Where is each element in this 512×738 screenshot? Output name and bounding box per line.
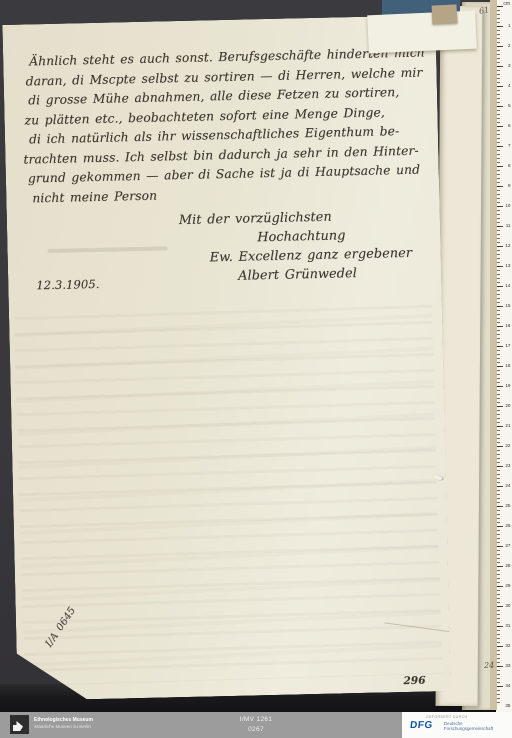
ruler-number: 3	[508, 63, 511, 68]
ruler-number: 22	[505, 443, 510, 448]
stacked-sheet-edge-strip	[490, 0, 497, 710]
ruler-number: 2	[508, 43, 511, 48]
ruler-number: 32	[505, 643, 510, 648]
ruler-number: 5	[508, 103, 511, 108]
letter-closing-line: Mit der vorzüglichsten	[179, 210, 332, 228]
funding-logo-panel: GEFÖRDERT DURCH DFG Deutsche Forschungsg…	[402, 712, 512, 738]
letter-line: trachten muss. Ich selbst bin dadurch ja…	[23, 143, 419, 166]
ink-bleedthrough	[13, 292, 442, 686]
letter-date: 12.3.1905.	[36, 277, 99, 292]
ruler-number: 35	[505, 703, 510, 708]
ruler-number: 27	[505, 543, 510, 548]
letter-line: di ich natürlich als ihr wissenschaftlic…	[29, 124, 400, 146]
overlapping-sheet-corner	[367, 11, 477, 54]
pencil-note-bottom: 24	[484, 661, 494, 670]
dfg-name: Deutsche Forschungsgemeinschaft	[444, 721, 493, 731]
ruler-number: 26	[505, 523, 510, 528]
ruler-number: 10	[505, 203, 510, 208]
ruler-number: 11	[506, 223, 511, 228]
letter-closing-line: Ew. Excellenz ganz ergebener	[210, 246, 413, 266]
ruler-number: 20	[505, 403, 510, 408]
ruler-number: 25	[505, 503, 510, 508]
ruler-number: 17	[505, 343, 510, 348]
letter-page: Ähnlich steht es auch sonst. Berufsgesch…	[2, 15, 450, 701]
letter-line: di grosse Mühe abnahmen, alle diese Fetz…	[28, 85, 399, 107]
ruler-number: 13	[505, 263, 510, 268]
letter-line: zu plätten etc., beobachteten sofort ein…	[24, 105, 385, 127]
ruler-number: 7	[508, 143, 511, 148]
ruler-number: 16	[505, 323, 510, 328]
letter-line: grund gekommen — aber di Sache ist ja di…	[28, 163, 420, 186]
ruler-number: 4	[508, 83, 511, 88]
dfg-logo: DFG	[409, 720, 433, 731]
ruler-number: 34	[505, 683, 510, 688]
ruler-number: 14	[505, 283, 510, 288]
ruler-number: 24	[505, 483, 510, 488]
ruler-number: 28	[505, 563, 510, 568]
ruler-number: 8	[508, 163, 511, 168]
ruler-number: 23	[505, 463, 510, 468]
ruler-number: 18	[505, 363, 510, 368]
digitization-footer-bar: Ethnologisches Museum Staatliche Museen …	[0, 712, 512, 738]
page-number: 296	[403, 675, 425, 688]
ruler-number: 33	[505, 663, 510, 668]
letter-line: Ähnlich steht es auch sonst. Berufsgesch…	[29, 45, 425, 68]
ruler-number: 9	[508, 183, 511, 188]
cm-ruler: cm 1234567891011121314151617181920212223…	[496, 0, 512, 712]
ruler-cm-ticks	[496, 6, 503, 706]
ruler-unit-label: cm	[503, 1, 510, 7]
ruler-number: 1	[508, 23, 511, 28]
ruler-number: 30	[505, 603, 510, 608]
letter-closing-line: Hochachtung	[257, 228, 346, 245]
letter-line: daran, di Mscpte selbst zu sortiren — di…	[26, 65, 423, 88]
ruler-number: 15	[505, 303, 510, 308]
ruler-number: 21	[505, 423, 510, 428]
letter-closing-line: Albert Grünwedel	[238, 266, 357, 284]
funding-label: GEFÖRDERT DURCH	[426, 715, 467, 719]
faint-mark	[47, 246, 167, 253]
dfg-name-line2: Forschungsgemeinschaft	[444, 726, 493, 731]
tape-fragment	[432, 4, 458, 24]
ruler-number: 31	[505, 623, 510, 628]
ruler-number: 12	[505, 243, 510, 248]
ruler-number: 19	[505, 383, 510, 388]
ruler-number: 29	[505, 583, 510, 588]
scanned-letter-view: cm 1234567891011121314151617181920212223…	[0, 0, 512, 738]
ruler-number: 6	[508, 123, 511, 128]
letter-line: nicht meine Person	[32, 188, 157, 205]
